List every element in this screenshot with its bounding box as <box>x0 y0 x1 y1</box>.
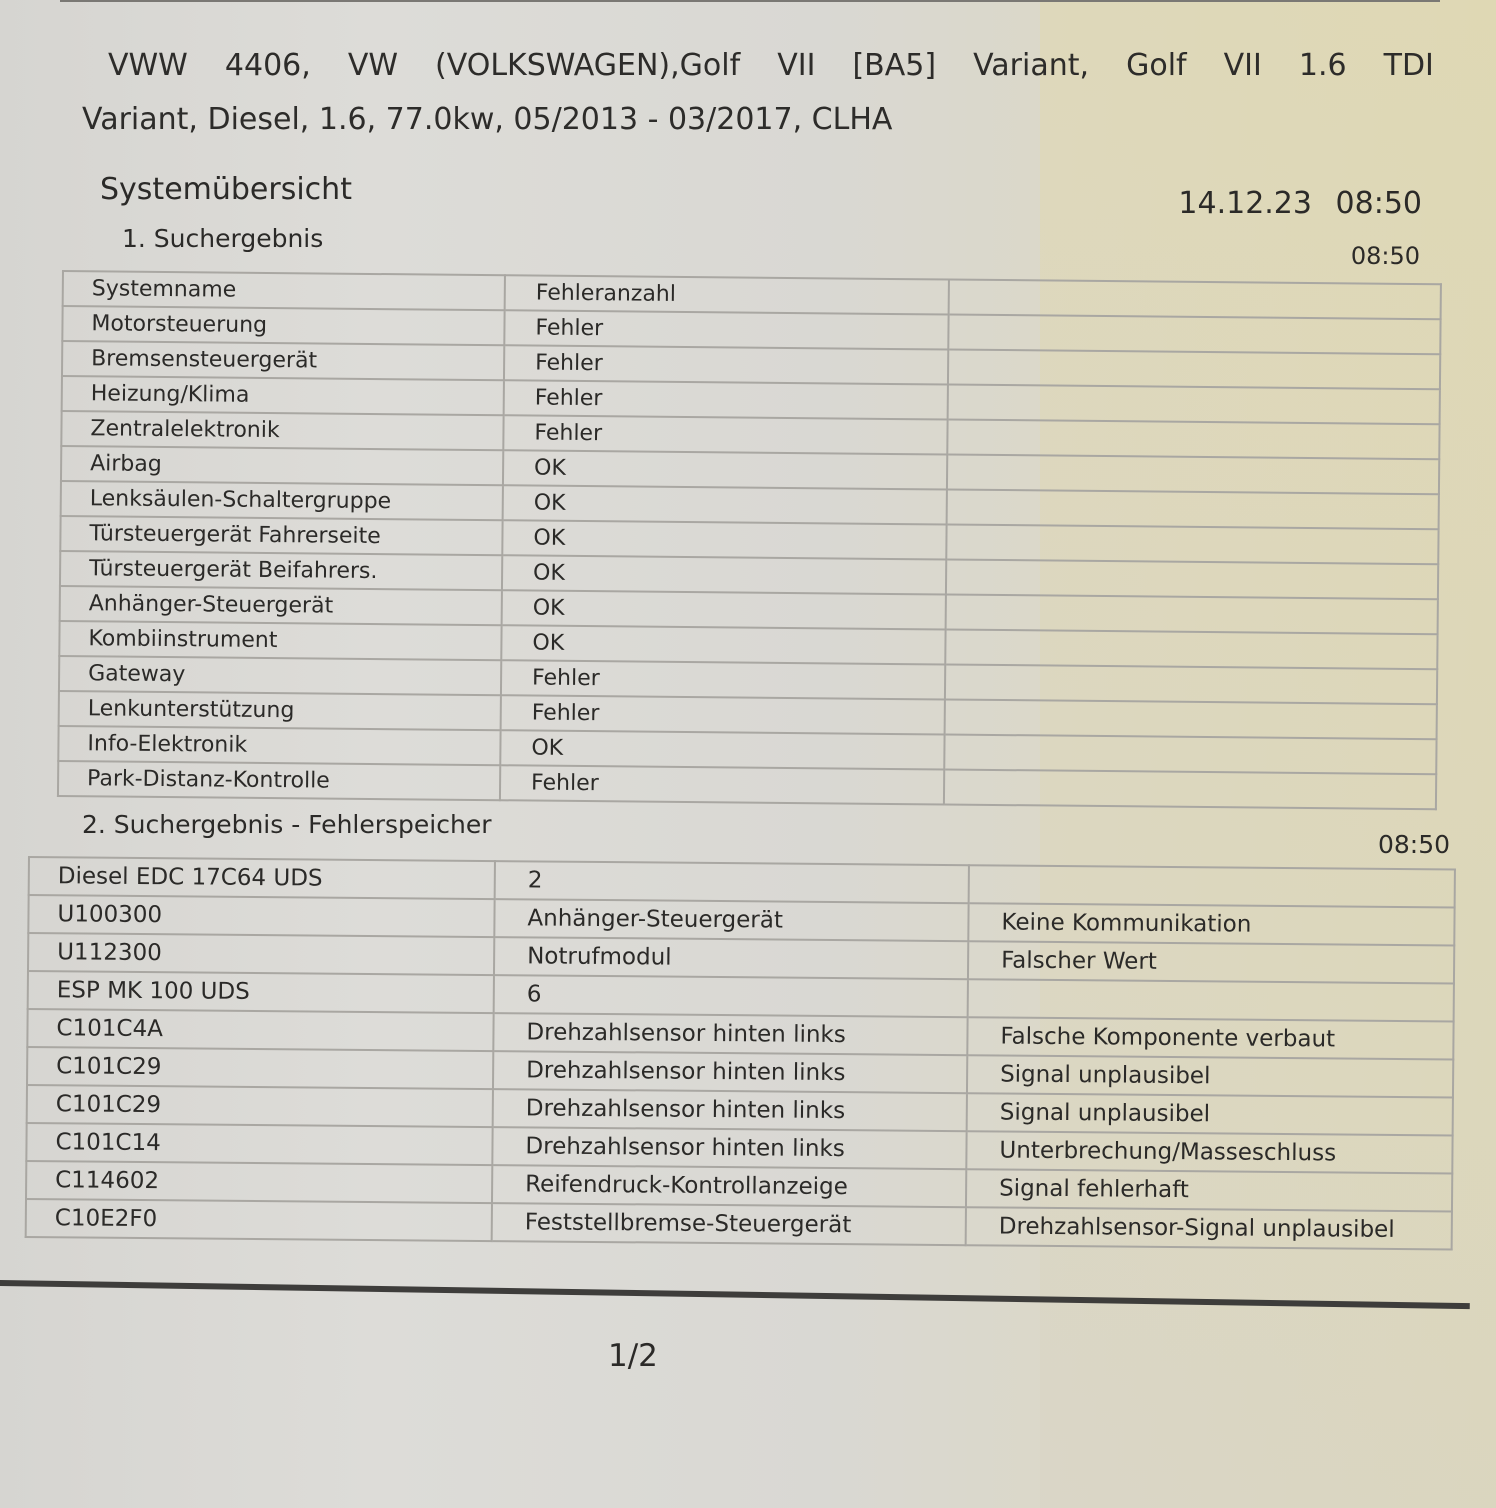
table-cell: Anhänger-Steuergerät <box>494 899 968 941</box>
table-cell: Kombiinstrument <box>59 621 501 660</box>
table-cell <box>944 734 1436 774</box>
table-cell <box>947 490 1439 530</box>
table-cell <box>946 560 1438 600</box>
page-title: Systemübersicht <box>100 172 352 207</box>
table-cell <box>948 350 1440 390</box>
vehicle-word: TDI <box>1384 38 1434 94</box>
table-cell: Falscher Wert <box>968 941 1454 983</box>
table-cell <box>948 385 1440 425</box>
table-cell <box>947 420 1439 460</box>
table-cell: OK <box>502 520 946 559</box>
table-cell: ESP MK 100 UDS <box>28 971 494 1013</box>
table-cell <box>947 455 1439 495</box>
vehicle-description: VWW4406,VW(VOLKSWAGEN),GolfVII[BA5]Varia… <box>82 38 1434 148</box>
table-cell: OK <box>502 555 946 594</box>
vehicle-line-2: Variant, Diesel, 1.6, 77.0kw, 05/2013 - … <box>82 92 1434 148</box>
table-cell: Bremsensteuergerät <box>62 341 504 380</box>
table-cell: 2 <box>495 861 969 903</box>
page-number: 1/2 <box>608 1338 658 1374</box>
section-2-time: 08:50 <box>1378 830 1450 859</box>
report-time: 08:50 <box>1336 186 1422 221</box>
table-cell <box>944 769 1436 809</box>
table-cell: U112300 <box>28 933 494 975</box>
table-cell: Türsteuergerät Fahrerseite <box>60 516 502 555</box>
table-cell: Unterbrechung/Masseschluss <box>966 1131 1452 1173</box>
table-cell <box>946 594 1438 634</box>
table-cell: Diesel EDC 17C64 UDS <box>29 857 495 899</box>
vehicle-word: Variant, <box>973 38 1089 94</box>
vehicle-word: VW <box>348 38 398 94</box>
table-cell: 6 <box>494 975 968 1017</box>
table-cell: Fehleranzahl <box>505 275 949 314</box>
table-cell: C114602 <box>26 1161 492 1203</box>
table-cell <box>949 280 1441 320</box>
table-cell: C10E2F0 <box>26 1199 492 1241</box>
table-cell: Fehler <box>500 765 944 804</box>
fault-memory-table: Diesel EDC 17C64 UDS2U100300Anhänger-Ste… <box>25 856 1456 1250</box>
table-cell: OK <box>502 590 946 629</box>
table-cell: Reifendruck-Kontrollanzeige <box>492 1165 966 1207</box>
table-cell: Drehzahlsensor hinten links <box>492 1127 966 1169</box>
table-cell: Motorsteuerung <box>62 306 504 345</box>
table-cell: Drehzahlsensor hinten links <box>493 1051 967 1093</box>
table-cell: C101C29 <box>27 1047 493 1089</box>
vehicle-word: (VOLKSWAGEN),Golf <box>435 38 740 94</box>
table-cell: Falsche Komponente verbaut <box>967 1017 1453 1059</box>
table-cell: Heizung/Klima <box>62 376 504 415</box>
table-cell: Fehler <box>504 310 948 349</box>
table-cell: Keine Kommunikation <box>968 903 1454 945</box>
top-rule <box>60 0 1440 2</box>
table-cell: OK <box>500 730 944 769</box>
table-cell: Park-Distanz-Kontrolle <box>58 761 500 800</box>
vehicle-word: VII <box>1224 38 1262 94</box>
table-cell: Signal unplausibel <box>967 1093 1453 1135</box>
table-cell: Lenkunterstützung <box>59 691 501 730</box>
table-cell <box>945 664 1437 704</box>
table-cell: OK <box>503 485 947 524</box>
table-cell <box>948 315 1440 355</box>
table-cell: C101C14 <box>26 1123 492 1165</box>
report-date: 14.12.23 <box>1178 186 1312 221</box>
table-cell <box>969 865 1455 907</box>
table-cell: Drehzahlsensor hinten links <box>493 1089 967 1131</box>
table-cell: Anhänger-Steuergerät <box>60 586 502 625</box>
table-cell: C101C4A <box>27 1009 493 1051</box>
table-cell <box>946 525 1438 565</box>
section-2-heading: 2. Suchergebnis - Fehlerspeicher <box>82 810 492 839</box>
table-cell: OK <box>503 450 947 489</box>
table-cell: Signal unplausibel <box>967 1055 1453 1097</box>
table-cell: Airbag <box>61 446 503 485</box>
table-cell: Drehzahlsensor hinten links <box>493 1013 967 1055</box>
table-cell: Info-Elektronik <box>58 726 500 765</box>
table-cell: Lenksäulen-Schaltergruppe <box>61 481 503 520</box>
report-datetime: 14.12.23 08:50 <box>1178 186 1422 221</box>
table-cell: Zentralelektronik <box>61 411 503 450</box>
vehicle-line-1: VWW4406,VW(VOLKSWAGEN),GolfVII[BA5]Varia… <box>82 38 1434 94</box>
system-overview-table: SystemnameFehleranzahlMotorsteuerungFehl… <box>57 270 1442 810</box>
table-cell: Fehler <box>501 695 945 734</box>
table-cell: OK <box>501 625 945 664</box>
vehicle-word: [BA5] <box>852 38 936 94</box>
section-1-time: 08:50 <box>1351 242 1420 270</box>
table-cell: Fehler <box>504 345 948 384</box>
vehicle-word: VII <box>777 38 815 94</box>
table-cell <box>968 979 1454 1021</box>
vehicle-word: Golf <box>1126 38 1187 94</box>
table-cell: Gateway <box>59 656 501 695</box>
table-cell: Feststellbremse-Steuergerät <box>492 1203 966 1245</box>
table-cell: Fehler <box>501 660 945 699</box>
table-cell: U100300 <box>28 895 494 937</box>
table-cell: Fehler <box>503 415 947 454</box>
paper-sheet: VWW4406,VW(VOLKSWAGEN),GolfVII[BA5]Varia… <box>0 0 1496 1508</box>
table-cell: Fehler <box>504 380 948 419</box>
table-cell: Drehzahlsensor-Signal unplausibel <box>966 1207 1452 1249</box>
vehicle-word: 1.6 <box>1299 38 1347 94</box>
table-cell: Notrufmodul <box>494 937 968 979</box>
vehicle-word: 4406, <box>225 38 311 94</box>
table-cell <box>945 629 1437 669</box>
table-cell <box>945 699 1437 739</box>
vehicle-word: VWW <box>108 38 188 94</box>
section-1-heading: 1. Suchergebnis <box>122 224 323 253</box>
table-cell: Türsteuergerät Beifahrers. <box>60 551 502 590</box>
table-cell: C101C29 <box>27 1085 493 1127</box>
table-cell: Systemname <box>63 271 505 310</box>
table-cell: Signal fehlerhaft <box>966 1169 1452 1211</box>
